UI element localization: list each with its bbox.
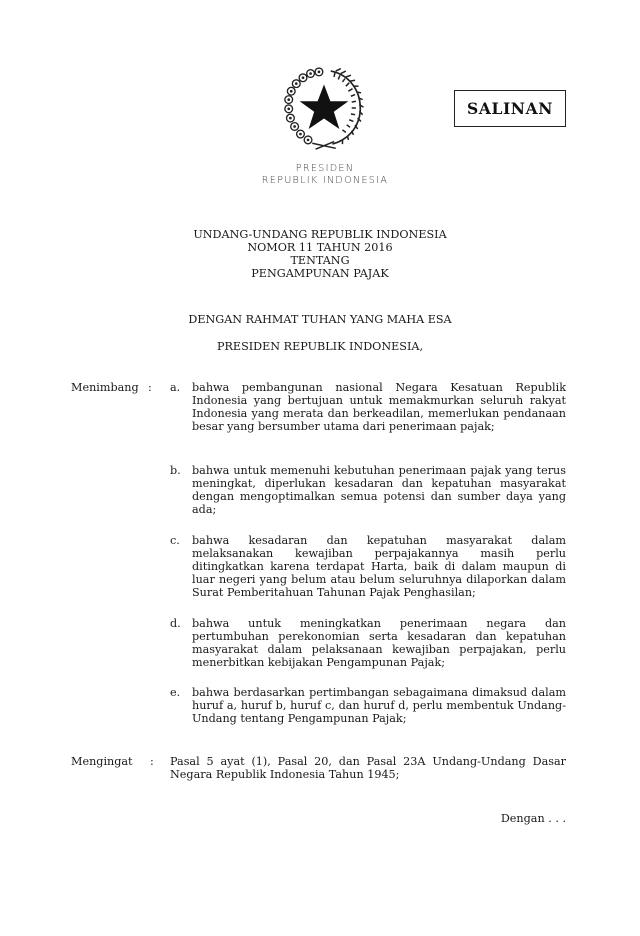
page-continuation: Dengan . . . bbox=[501, 812, 566, 825]
title-line-number: NOMOR 11 TAHUN 2016 bbox=[120, 241, 520, 254]
president-label: PRESIDEN REPUBLIK INDONESIA bbox=[240, 163, 410, 186]
invocation: DENGAN RAHMAT TUHAN YANG MAHA ESA bbox=[120, 313, 520, 326]
item-text: bahwa kesadaran dan kepatuhan masyarakat… bbox=[192, 534, 566, 599]
item-letter: d. bbox=[170, 617, 181, 630]
title-line-subject: PENGAMPUNAN PAJAK bbox=[120, 267, 520, 280]
title-line-law: UNDANG-UNDANG REPUBLIK INDONESIA bbox=[120, 228, 520, 241]
document-title: UNDANG-UNDANG REPUBLIK INDONESIA NOMOR 1… bbox=[120, 228, 520, 280]
president-label-line2: REPUBLIK INDONESIA bbox=[240, 175, 410, 187]
item-text: bahwa berdasarkan pertimbangan sebagaima… bbox=[192, 686, 566, 725]
item-letter: c. bbox=[170, 534, 180, 547]
presidential-emblem-icon bbox=[282, 66, 366, 150]
menimbang-colon: : bbox=[148, 381, 152, 394]
mengingat-label: Mengingat bbox=[71, 755, 133, 768]
mengingat-colon: : bbox=[150, 755, 154, 768]
salinan-stamp: SALINAN bbox=[454, 90, 566, 127]
item-letter: e. bbox=[170, 686, 180, 699]
item-text: bahwa untuk memenuhi kebutuhan penerimaa… bbox=[192, 464, 566, 516]
issuer: PRESIDEN REPUBLIK INDONESIA, bbox=[120, 340, 520, 353]
item-letter: b. bbox=[170, 464, 181, 477]
item-letter: a. bbox=[170, 381, 180, 394]
mengingat-text: Pasal 5 ayat (1), Pasal 20, dan Pasal 23… bbox=[170, 755, 566, 781]
menimbang-label: Menimbang bbox=[71, 381, 139, 394]
title-line-about: TENTANG bbox=[120, 254, 520, 267]
item-text: bahwa pembangunan nasional Negara Kesatu… bbox=[192, 381, 566, 433]
president-label-line1: PRESIDEN bbox=[240, 163, 410, 175]
item-text: bahwa untuk meningkatkan penerimaan nega… bbox=[192, 617, 566, 669]
salinan-label: SALINAN bbox=[467, 99, 553, 118]
